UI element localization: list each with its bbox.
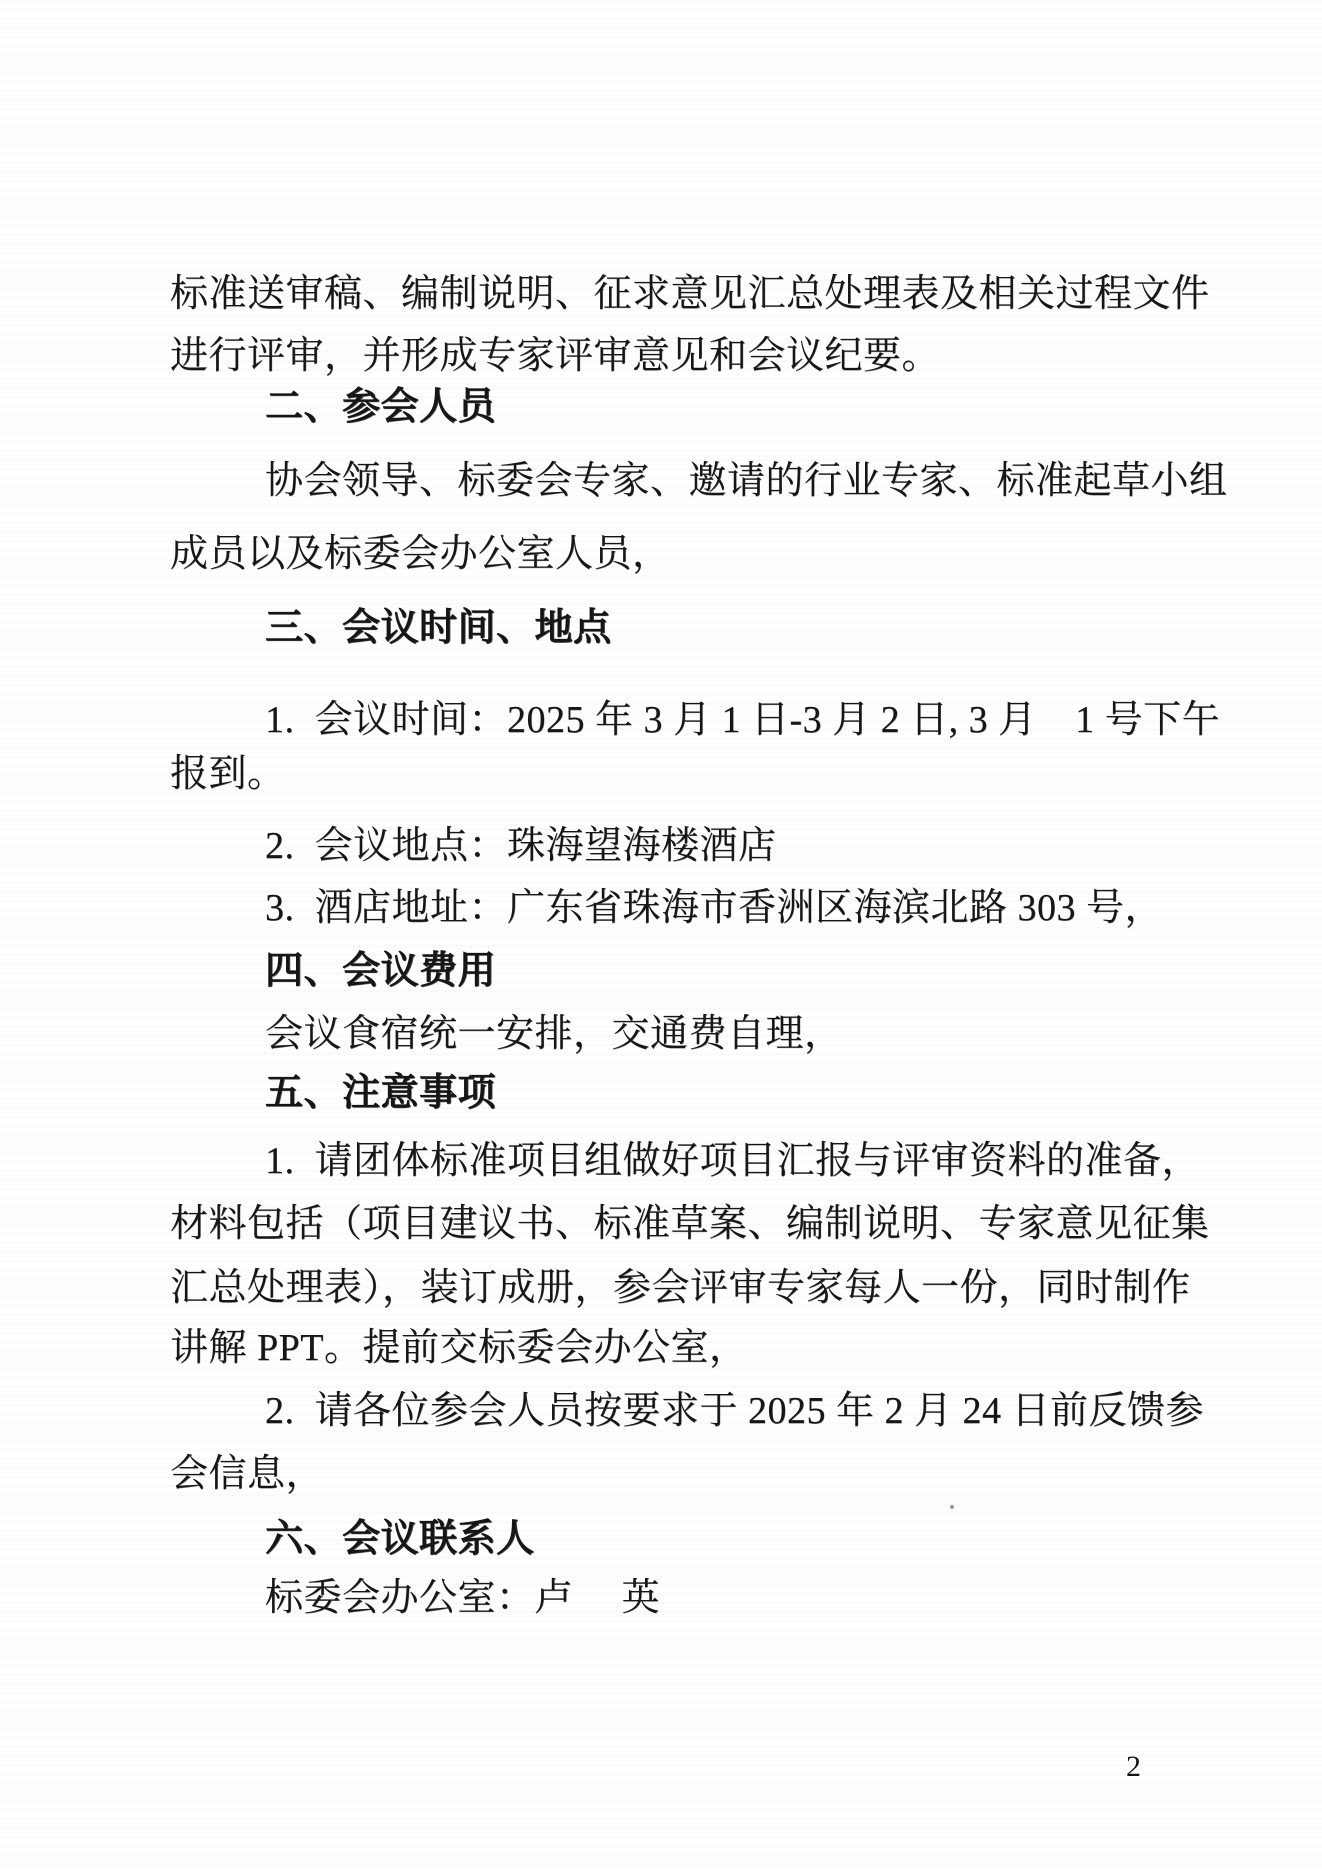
text-line: 进行评审，并形成专家评审意见和会议纪要。: [170, 333, 940, 379]
text-line: 3. 酒店地址：广东省珠海市香洲区海滨北路 303 号，: [265, 885, 1163, 931]
section-heading: 五、注意事项: [265, 1070, 496, 1116]
text-line: 讲解 PPT。提前交标委会办公室，: [170, 1325, 747, 1371]
text-line: 2. 请各位参会人员按要求于 2025 年 2 月 24 日前反馈参: [265, 1388, 1204, 1434]
text-line: 标准送审稿、编制说明、征求意见汇总处理表及相关过程文件: [170, 271, 1210, 317]
section-heading: 二、参会人员: [265, 384, 496, 430]
text-line: 成员以及标委会办公室人员，: [170, 531, 671, 577]
text-line: 材料包括（项目建议书、标准草案、编制说明、专家意见征集: [170, 1201, 1210, 1247]
text-line: 2. 会议地点：珠海望海楼酒店: [265, 823, 777, 869]
page-number: 2: [1126, 1748, 1141, 1786]
scan-speck: [950, 1505, 954, 1509]
text-line: 1. 会议时间：2025 年 3 月 1 日-3 月 2 日, 3 月 1 号下…: [265, 697, 1220, 743]
document-body: 标准送审稿、编制说明、征求意见汇总处理表及相关过程文件进行评审，并形成专家评审意…: [0, 0, 1322, 1871]
section-heading: 四、会议费用: [265, 948, 496, 994]
section-heading: 三、会议时间、地点: [265, 605, 612, 651]
section-heading: 六、会议联系人: [265, 1516, 535, 1562]
text-line: 会信息，: [170, 1451, 324, 1497]
text-line: 汇总处理表），装订成册，参会评审专家每人一份，同时制作: [170, 1265, 1191, 1311]
text-line: 标委会办公室：卢 英: [265, 1575, 660, 1621]
text-line: 报到。: [170, 751, 286, 797]
document-page: 标准送审稿、编制说明、征求意见汇总处理表及相关过程文件进行评审，并形成专家评审意…: [0, 0, 1322, 1871]
text-line: 协会领导、标委会专家、邀请的行业专家、标准起草小组: [265, 458, 1228, 504]
text-line: 会议食宿统一安排，交通费自理，: [265, 1011, 843, 1057]
text-line: 1. 请团体标准项目组做好项目汇报与评审资料的准备，: [265, 1138, 1200, 1184]
